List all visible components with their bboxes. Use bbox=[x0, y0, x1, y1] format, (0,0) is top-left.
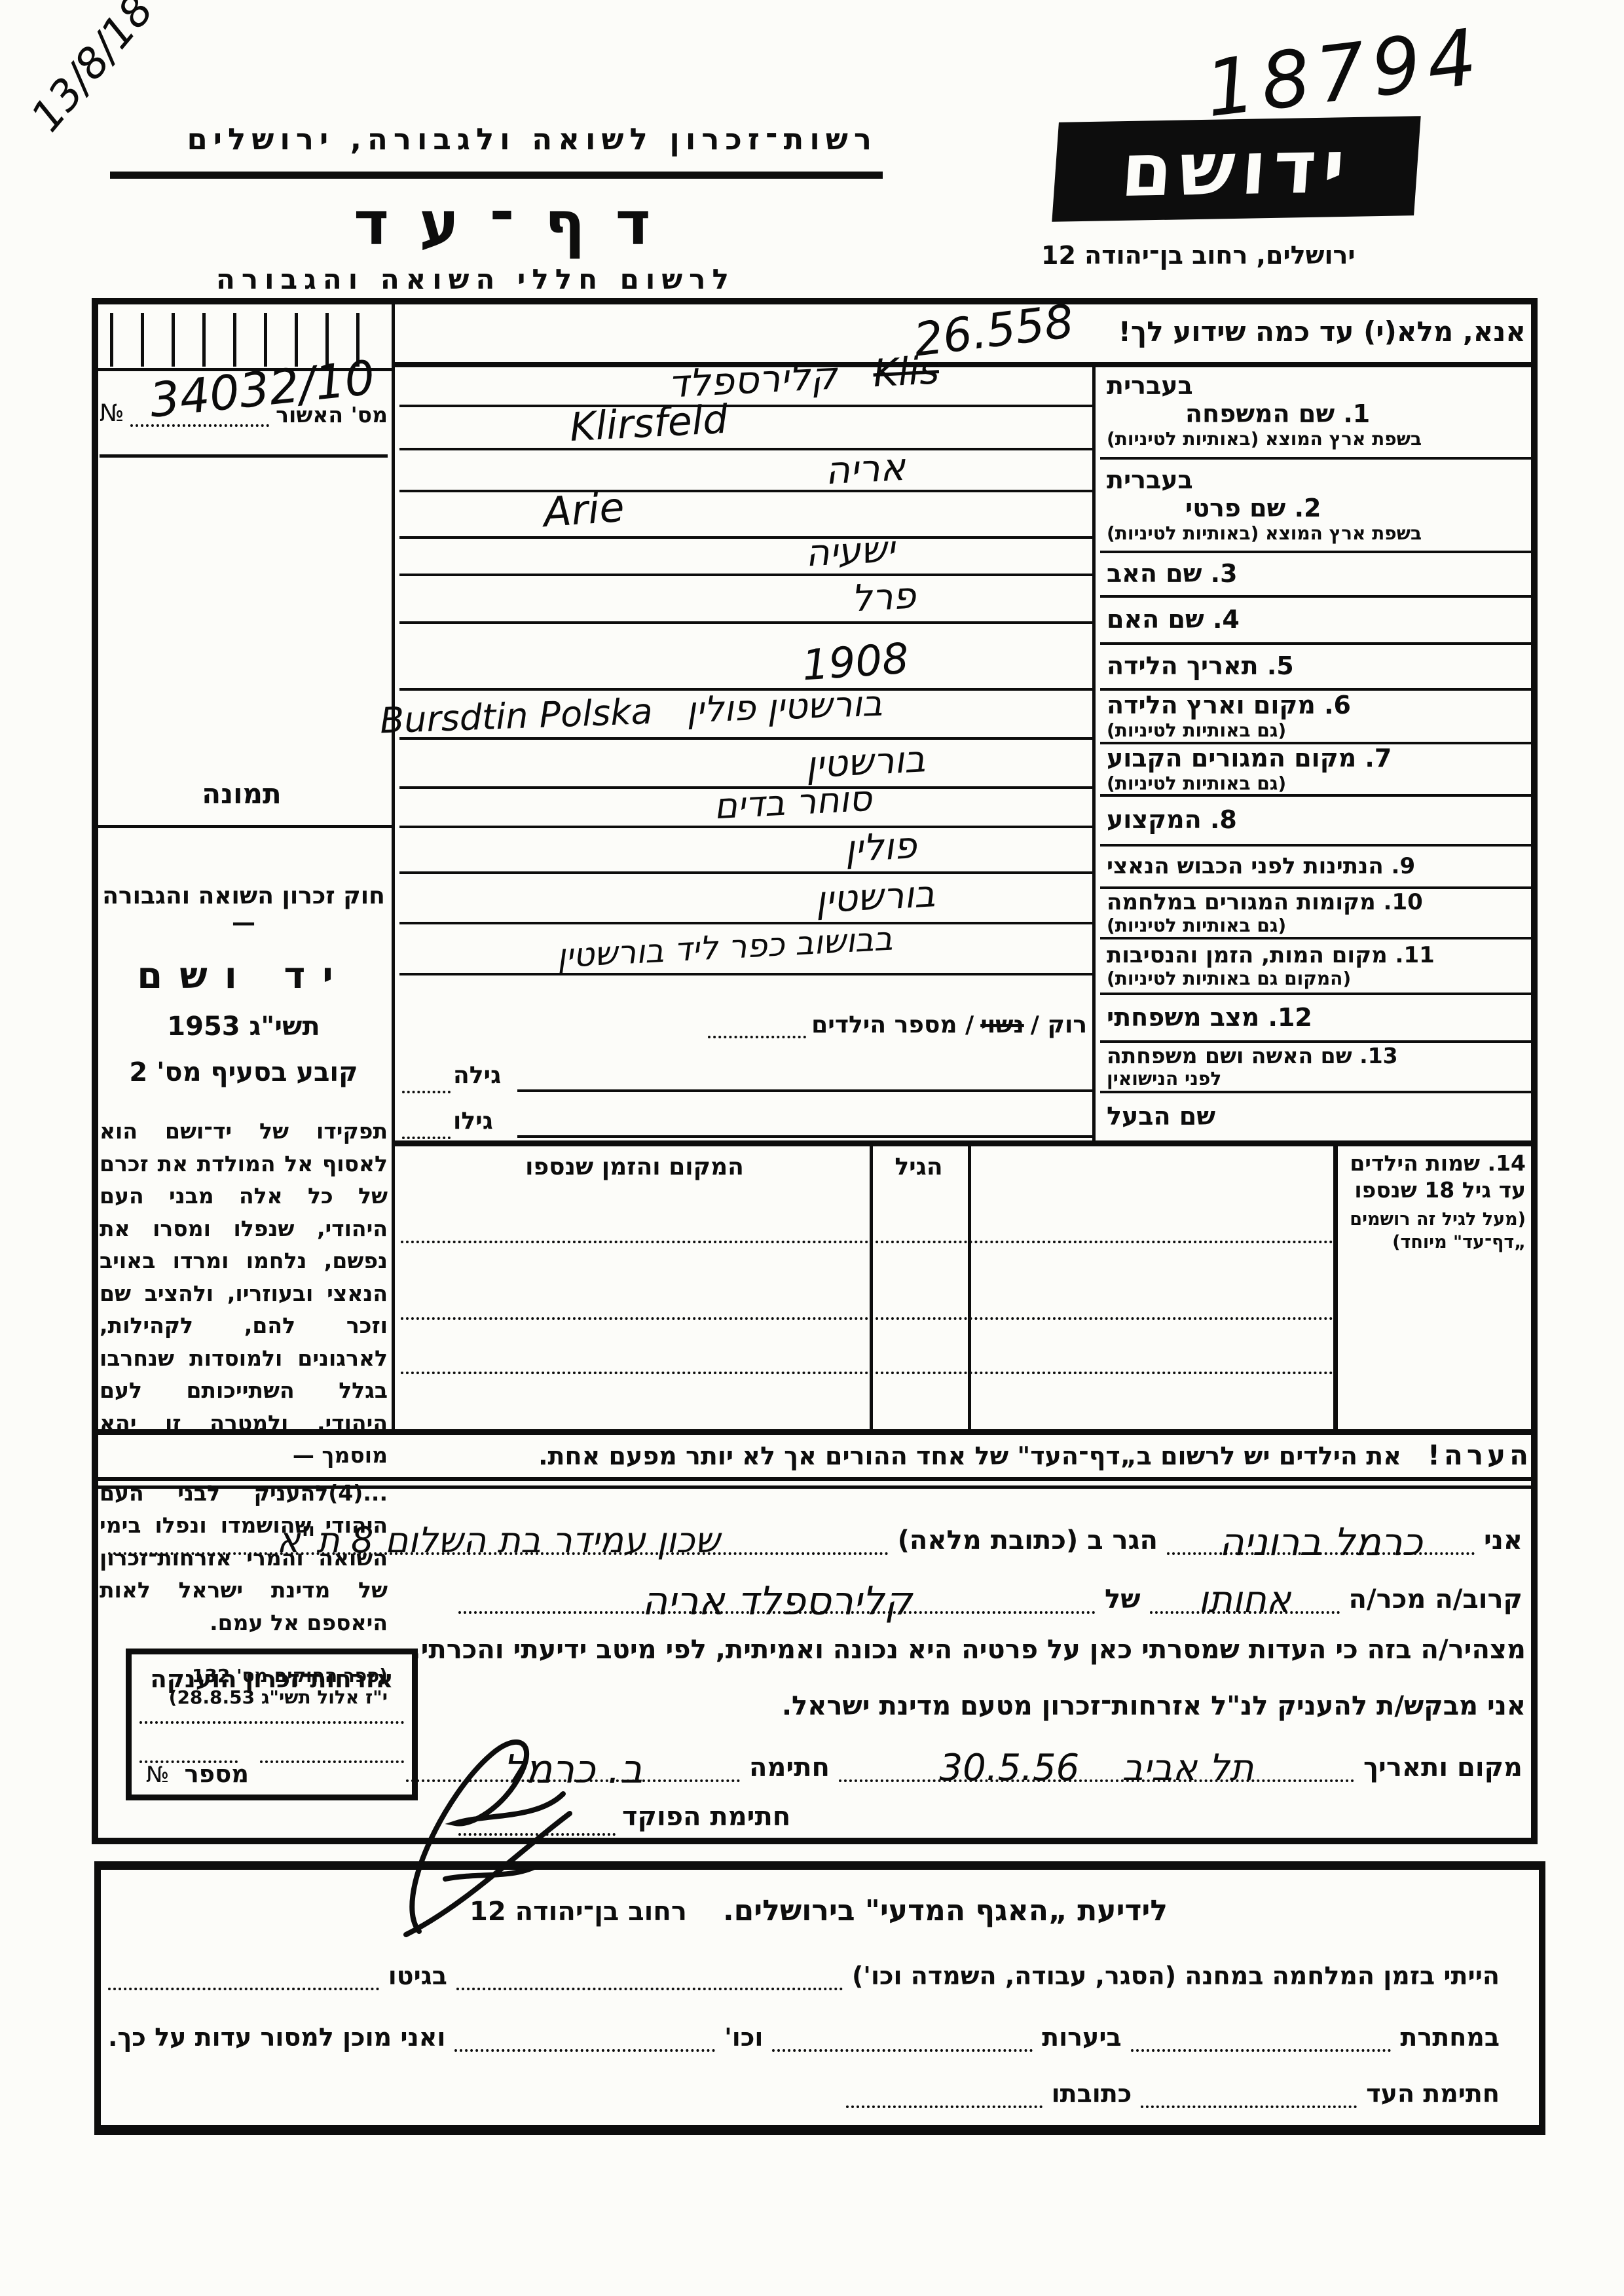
children-field-title: 14. שמות הילדים עד גיל 18 שנספו (מעל לגי… bbox=[1338, 1150, 1532, 1254]
place-date-line: תל אביב 30.5.56 bbox=[839, 1740, 1354, 1782]
of-label: של bbox=[1105, 1585, 1141, 1614]
field-9-title: 9. הנתינות לפני הכבוש הנאצי bbox=[1107, 854, 1415, 879]
field-11-title: 11. מקום המות, הזמן והנסיבות bbox=[1107, 943, 1435, 968]
document-number-handwritten: 18794 bbox=[1200, 11, 1488, 135]
header-address: ירושלים, רחוב בן־יהודה 12 bbox=[1041, 241, 1356, 270]
note-bottom-rule-1 bbox=[94, 1477, 1535, 1481]
logo-text: ידושם bbox=[1119, 130, 1354, 208]
field-label-7: 7. מקום המגורים הקבוע (גם באותיות לטיניו… bbox=[1100, 744, 1535, 797]
law-title: חוק זכרון השואה והגבורה — bbox=[100, 883, 388, 936]
entry-line bbox=[399, 536, 1092, 539]
field-7-sub: (גם באותיות לטיניות) bbox=[1107, 773, 1286, 794]
law-year: תשי"ג 1953 bbox=[100, 1011, 388, 1042]
entry-line bbox=[399, 621, 1092, 624]
field-2-lang: בעברית bbox=[1107, 466, 1193, 495]
ghetto-line bbox=[108, 1955, 379, 1990]
witness-name-handwritten: כרמל ברוניה bbox=[1219, 1520, 1422, 1564]
entry-line bbox=[399, 871, 1092, 874]
date-handwritten: 30.5.56 bbox=[939, 1747, 1079, 1789]
field-label-12: 12. מצב משפחתי bbox=[1100, 995, 1535, 1043]
field-4-title: 4. שם האם bbox=[1107, 606, 1240, 634]
children-age-col-left-border bbox=[870, 1140, 873, 1429]
note-label: הערה! bbox=[1428, 1439, 1532, 1471]
marital-status-row: רוק / נשוי / מספר הילדים bbox=[648, 1002, 1087, 1038]
children-field-label: 14. שמות הילדים עד גיל 18 שנספו bbox=[1338, 1150, 1526, 1204]
entry-line bbox=[399, 826, 1092, 828]
relation-handwritten: אחותו bbox=[1198, 1578, 1291, 1621]
fill-instruction: אנא, מלא(י) עד כמה שידוע לך! bbox=[1118, 316, 1526, 348]
declaration-i-label: אני bbox=[1484, 1526, 1522, 1555]
witness-address-handwritten: שכון עמידר בת השלום 8 ת"א bbox=[276, 1520, 720, 1561]
field-6-sub: (גם באותיות לטיניות) bbox=[1107, 720, 1286, 741]
witness-name-line: כרמל ברוניה bbox=[1167, 1513, 1475, 1555]
field-label-1: בעברית 1. שם המשפחה בשפת ארץ המוצא (באות… bbox=[1100, 365, 1535, 460]
field-10-title: 10. מקומות המגורים במלחמה bbox=[1107, 890, 1423, 915]
willing-to-testify-label: ואני מוכן למסור עדות על כך. bbox=[108, 2024, 445, 2052]
witness-address-label: כתובתו bbox=[1052, 2081, 1132, 2108]
stamp-box-title: אזרחות־זכרון הוענקה bbox=[132, 1665, 412, 1693]
field-6-title: 6. מקום וארץ הלידה bbox=[1107, 691, 1351, 720]
field-label-8: 8. המקצוע bbox=[1100, 797, 1535, 847]
children-row-line bbox=[401, 1372, 1333, 1374]
stamp-numero-symbol: № bbox=[146, 1762, 169, 1788]
field-5-title: 5. תאריך הלידה bbox=[1107, 652, 1294, 681]
camp-line bbox=[456, 1955, 843, 1990]
surname-latin-handwritten: Klirsfeld bbox=[568, 397, 729, 451]
witness-address-line: שכון עמידר בת השלום 8 ת"א bbox=[108, 1513, 889, 1555]
field-label-13: 13. שם האשה ושם משפחתה לפני הנישואין bbox=[1100, 1043, 1535, 1093]
underground-label: במחתרת bbox=[1400, 2024, 1500, 2052]
corner-handwritten-note: 13/8/18 bbox=[22, 0, 163, 141]
note-text: את הילדים יש לרשום ב„דף־העד" של אחד ההור… bbox=[538, 1442, 1401, 1470]
children-count-line bbox=[708, 1007, 806, 1038]
entry-line bbox=[399, 405, 1092, 407]
victim-name-handwritten: קלירספלד אריה bbox=[642, 1578, 912, 1624]
field-label-2: בעברית 2. שם פרטי בשפת ארץ המוצא (באותיו… bbox=[1100, 460, 1535, 553]
field-label-3: 3. שם האב bbox=[1100, 553, 1535, 598]
witness-signature-line2 bbox=[1141, 2073, 1357, 2108]
children-row-line bbox=[401, 1241, 1333, 1243]
field-label-5: 5. תאריך הלידה bbox=[1100, 645, 1535, 691]
surname-crossed-out: Klis bbox=[872, 348, 940, 395]
victim-name-line: קלירספלד אריה bbox=[458, 1572, 1096, 1614]
witness-address-line2 bbox=[846, 2073, 1043, 2108]
testimony-page-document: 13/8/18 רשות־זכרון לשואה ולגבורה, ירושלי… bbox=[0, 0, 1624, 2296]
field-1-lang: בעברית bbox=[1107, 372, 1193, 401]
mother-name-handwritten: פרל bbox=[850, 574, 917, 620]
note-top-rule bbox=[94, 1429, 1535, 1435]
entry-line bbox=[399, 448, 1092, 450]
official-signature-label: חתימת הפוקד bbox=[622, 1802, 790, 1832]
stamp-line-2a bbox=[139, 1732, 238, 1763]
wartime-residence-handwritten: בורשטין bbox=[814, 873, 936, 921]
stamp-line-1 bbox=[139, 1692, 404, 1724]
field-11-sub: (המקום גם באותיות לטיניות) bbox=[1107, 968, 1351, 989]
citizenship-handwritten: פולין bbox=[843, 824, 917, 871]
marital-option-single: רוק / bbox=[1031, 1012, 1087, 1038]
field-12-title: 12. מצב משפחתי bbox=[1107, 1004, 1312, 1032]
children-age-col-right-border bbox=[968, 1140, 971, 1429]
children-col-place-header: המקום והזמן שנספו bbox=[399, 1154, 870, 1180]
forests-line bbox=[772, 2016, 1033, 2052]
bottom-line-3: חתימת העד כתובתו bbox=[108, 2068, 1500, 2108]
ghetto-label: בגיטו bbox=[388, 1963, 447, 1990]
entry-line bbox=[399, 574, 1092, 576]
field-label-11: 11. מקום המות, הזמן והנסיבות (המקום גם ב… bbox=[1100, 939, 1535, 995]
authority-name: רשות־זכרון לשואה ולגבורה, ירושלים bbox=[187, 122, 877, 156]
field-label-husband: שם הבעל bbox=[1100, 1093, 1535, 1140]
wife-name-line bbox=[517, 1089, 1092, 1092]
declaration-residing-label: הגר ב (כתובת מלאה) bbox=[898, 1526, 1158, 1555]
declaration-line-1: אני כרמל ברוניה הגר ב (כתובת מלאה) שכון … bbox=[108, 1509, 1522, 1555]
field-13-sub: לפני הנישואין bbox=[1107, 1068, 1221, 1089]
husband-age-label: גילו bbox=[453, 1108, 493, 1135]
field-1-title: 1. שם המשפחה bbox=[1107, 400, 1370, 429]
stamp-number-label: מספר bbox=[184, 1760, 249, 1788]
law-name: יד ושם bbox=[100, 955, 388, 997]
birthplace-hebrew: בורשטין פולין bbox=[686, 683, 883, 731]
underground-line bbox=[1131, 2016, 1392, 2052]
bottom-line-2: במחתרת ביערות וכו' ואני מוכן למסור עדות … bbox=[108, 2011, 1500, 2052]
entry-line bbox=[399, 973, 1092, 975]
field-label-9: 9. הנתינות לפני הכבוש הנאצי bbox=[1100, 847, 1535, 889]
field-2-sub: בשפת ארץ המוצא (באותיות לטיניות) bbox=[1107, 523, 1422, 544]
birth-year-handwritten: 1908 bbox=[801, 634, 911, 690]
numero-symbol: № bbox=[100, 401, 124, 427]
relative-label: קרוב/ה מכר/ה bbox=[1349, 1585, 1522, 1614]
children-table-top-rule bbox=[392, 1140, 1538, 1146]
entry-line bbox=[399, 737, 1092, 740]
firstname-hebrew-handwritten: אריה bbox=[824, 445, 906, 493]
note-bottom-rule-2 bbox=[94, 1485, 1535, 1489]
witness-signature-label: חתימת העד bbox=[1366, 2081, 1500, 2108]
stamp-number-label-group: № מספר bbox=[146, 1760, 249, 1788]
entry-line bbox=[399, 490, 1092, 492]
declaration-line-2: קרוב/ה מכר/ה אחותו של קלירספלד אריה bbox=[458, 1568, 1522, 1614]
form-subtitle: לרשום חללי השואה והגבורה bbox=[216, 263, 735, 295]
photo-label: תמונה bbox=[92, 778, 392, 810]
yad-vashem-logo: ידושם bbox=[1052, 116, 1420, 222]
photo-box-bottom-rule bbox=[94, 825, 393, 828]
divider-labels-column bbox=[1092, 365, 1096, 1142]
bottom-title: לידיעת „האגף המדעי" בירושלים. bbox=[723, 1894, 1168, 1927]
law-clause: קובע בסעיף מס' 2 bbox=[100, 1057, 388, 1087]
declaration-statement: מצהיר/ה בזה כי העדות שמסרתי כאן על פרטיה… bbox=[411, 1635, 1526, 1665]
children-col-age-header: הגיל bbox=[870, 1154, 968, 1180]
photo-header-bottom-rule bbox=[100, 454, 388, 458]
header-underline bbox=[110, 172, 883, 179]
husband-name-line bbox=[517, 1135, 1092, 1138]
law-sidebar: חוק זכרון השואה והגבורה — יד ושם תשי"ג 1… bbox=[100, 883, 388, 1708]
husband-age-line bbox=[402, 1108, 451, 1139]
place-date-label: מקום ותאריך bbox=[1363, 1753, 1522, 1782]
forests-label: ביערות bbox=[1042, 2024, 1122, 2052]
signature-label: חתימה bbox=[749, 1753, 830, 1782]
divider-photo-column bbox=[392, 298, 395, 1430]
field-label-10: 10. מקומות המגורים במלחמה (גם באותיות לט… bbox=[1100, 889, 1535, 939]
field-10-sub: (גם באותיות לטיניות) bbox=[1107, 915, 1286, 936]
field-8-title: 8. המקצוע bbox=[1107, 806, 1237, 835]
wife-age-label: גילה bbox=[453, 1062, 501, 1089]
children-field-sub: (מעל לגיל זה רושמים „דף־עד" מיוחד) bbox=[1338, 1208, 1526, 1254]
field-7-title: 7. מקום המגורים הקבוע bbox=[1107, 744, 1392, 773]
citizenship-stamp-box: אזרחות־זכרון הוענקה № מספר bbox=[126, 1649, 418, 1800]
law-paragraph-1: תפקידו של יד־ושם הוא לאסוף אל המולדת את … bbox=[100, 1115, 388, 1472]
camp-label: הייתי בזמן המלחמה במחנה (הסגר, עבודה, הש… bbox=[852, 1963, 1500, 1990]
bottom-title-row: לידיעת „האגף המדעי" בירושלים. רחוב בן־יה… bbox=[262, 1894, 1375, 1927]
place-handwritten: תל אביב bbox=[1122, 1747, 1253, 1789]
father-name-handwritten: ישעיה bbox=[804, 528, 896, 575]
bottom-line-1: הייתי בזמן המלחמה במחנה (הסגר, עבודה, הש… bbox=[108, 1950, 1500, 1990]
field-label-4: 4. שם האם bbox=[1100, 598, 1535, 645]
field-13-title: 13. שם האשה ושם משפחתה bbox=[1107, 1044, 1398, 1068]
field-2-title: 2. שם פרטי bbox=[1107, 494, 1321, 523]
relation-line: אחותו bbox=[1150, 1572, 1340, 1614]
note-row: הערה! את הילדים יש לרשום ב„דף־העד" של אח… bbox=[432, 1439, 1532, 1473]
etc-line bbox=[454, 2016, 715, 2052]
children-row-line bbox=[401, 1317, 1333, 1320]
bottom-title-address: רחוב בן־יהודה 12 bbox=[470, 1897, 687, 1927]
entry-line bbox=[399, 922, 1092, 924]
wife-age-line bbox=[402, 1062, 451, 1093]
field-3-title: 3. שם האב bbox=[1107, 560, 1238, 589]
marital-option-married-crossed: נשוי bbox=[980, 1012, 1024, 1038]
stamp-line-2b bbox=[260, 1732, 404, 1763]
form-title: דף־עד bbox=[354, 189, 681, 259]
firstname-latin-handwritten: Arie bbox=[542, 483, 626, 536]
children-table-right-border bbox=[1333, 1140, 1338, 1429]
field-label-6: 6. מקום וארץ הלידה (גם באותיות לטיניות) bbox=[1100, 691, 1535, 744]
profession-handwritten: סוחר בדים bbox=[713, 778, 873, 828]
etc-label: וכו' bbox=[724, 2024, 763, 2052]
field-1-sub: בשפת ארץ המוצא (באותיות לטיניות) bbox=[1107, 429, 1422, 450]
husband-name-title: שם הבעל bbox=[1107, 1102, 1215, 1131]
marital-option-children-count: / מספר הילדים bbox=[811, 1012, 974, 1038]
declaration-request: אני מבקש/ת להעניק לנ"ל אזרחות־זכרון מטעם… bbox=[782, 1691, 1526, 1721]
